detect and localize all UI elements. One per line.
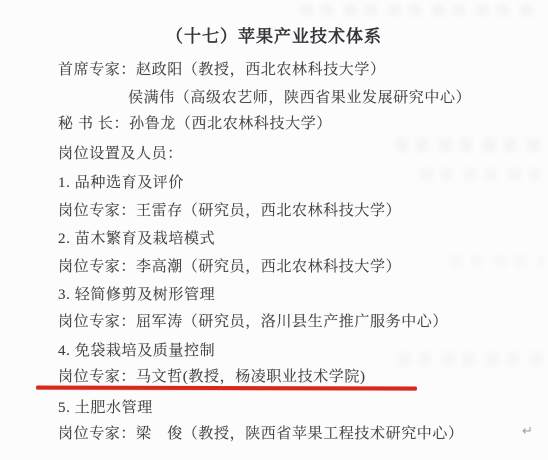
- scanned-document-page: （十七）苹果产业技术体系 首席专家：赵政阳（教授，西北农林科技大学） 侯满伟（高…: [0, 0, 548, 460]
- line-section-3-heading: 3. 轻简修剪及树形管理: [58, 283, 215, 304]
- red-underline-annotation: [36, 386, 417, 391]
- line-section-5-heading: 5. 土肥水管理: [58, 396, 153, 417]
- line-chief-expert-2: 侯满伟（高级农艺师，陕西省果业发展研究中心）: [128, 86, 471, 107]
- line-section-2-heading: 2. 苗木繁育及栽培模式: [58, 227, 215, 248]
- line-chief-expert-1: 首席专家：赵政阳（教授，西北农林科技大学）: [58, 58, 386, 79]
- line-section-3-expert: 岗位专家：屈军涛（研究员，洛川县生产推广服务中心）: [58, 310, 448, 331]
- line-section-1-heading: 1. 品种选育及评价: [58, 171, 184, 192]
- document-title: （十七）苹果产业技术体系: [0, 22, 548, 47]
- bleed-through-artifact: [398, 352, 546, 366]
- line-section-2-expert: 岗位专家：李高潮（研究员，西北农林科技大学）: [58, 255, 401, 276]
- line-post-setup-header: 岗位设置及人员：: [58, 142, 183, 163]
- line-section-4-expert: 岗位专家：马文哲(教授，杨凌职业技术学院): [58, 365, 366, 386]
- line-section-1-expert: 岗位专家：王雷存（研究员，西北农林科技大学）: [58, 199, 401, 220]
- line-secretary-general: 秘 书 长：孙鲁龙（西北农林科技大学）: [58, 112, 332, 133]
- bleed-through-artifact: [300, 4, 540, 16]
- bleed-through-artifact: [420, 168, 545, 181]
- bleed-through-artifact: [450, 255, 545, 267]
- paragraph-return-mark: ↵: [522, 424, 533, 439]
- line-section-4-heading: 4. 免袋栽培及质量控制: [58, 339, 215, 360]
- line-section-5-expert: 岗位专家：梁 俊（教授，陕西省苹果工程技术研究中心）: [58, 422, 464, 443]
- bleed-through-artifact: [395, 138, 545, 152]
